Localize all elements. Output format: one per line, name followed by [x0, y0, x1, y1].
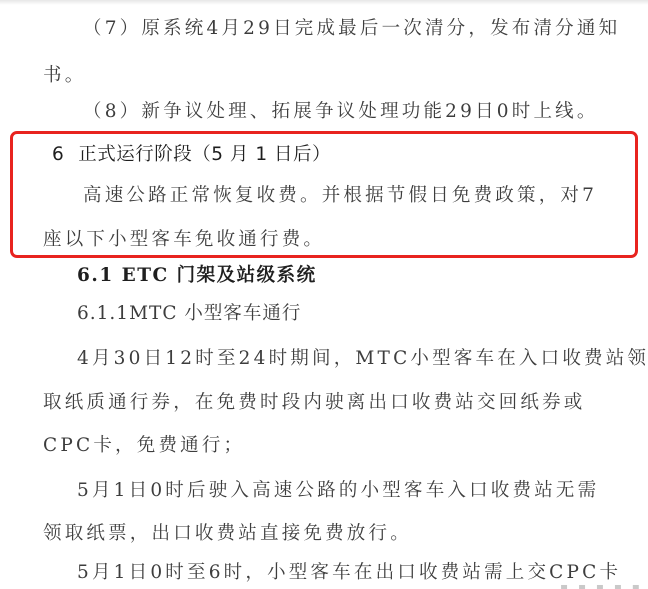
page-top-edge	[0, 0, 648, 5]
item-7-line-1: （7）原系统4月29日完成最后一次清分，发布清分通知	[83, 14, 620, 40]
para-1-line-1: 4月30日12时至24时期间，MTC小型客车在入口收费站领	[77, 344, 648, 370]
watermark-fragment: ▪ ▪ ▪ ▪ ▪	[560, 580, 648, 589]
para-2-line-2: 领取纸票，出口收费站直接免费放行。	[43, 519, 412, 545]
item-8: （8）新争议处理、拓展争议处理功能29日0时上线。	[83, 97, 599, 123]
section-6-heading: 6正式运行阶段（5 月 1 日后）	[52, 140, 331, 166]
para-1-line-3: CPC卡，免费通行；	[43, 431, 245, 457]
section-6-body-line-2: 座以下小型客车免收通行费。	[43, 225, 325, 251]
section-6-body-line-1: 高速公路正常恢复收费。并根据节假日免费政策，对7	[83, 181, 597, 207]
item-7-line-2: 书。	[43, 61, 86, 87]
section-6-1-heading: 6.1 ETC 门架及站级系统	[77, 261, 317, 287]
para-1-line-2: 取纸质通行券，在免费时段内驶离出口收费站交回纸券或	[43, 388, 586, 414]
section-6-number: 6	[52, 144, 64, 165]
section-6-1-1-subheading: 6.1.1MTC 小型客车通行	[77, 299, 301, 325]
para-2-line-1: 5月1日0时后驶入高速公路的小型客车入口收费站无需	[77, 476, 599, 502]
para-3-line-1: 5月1日0时至6时，小型客车在出口收费站需上交CPC卡	[77, 558, 621, 584]
section-6-title: 正式运行阶段（5 月 1 日后）	[78, 144, 331, 165]
